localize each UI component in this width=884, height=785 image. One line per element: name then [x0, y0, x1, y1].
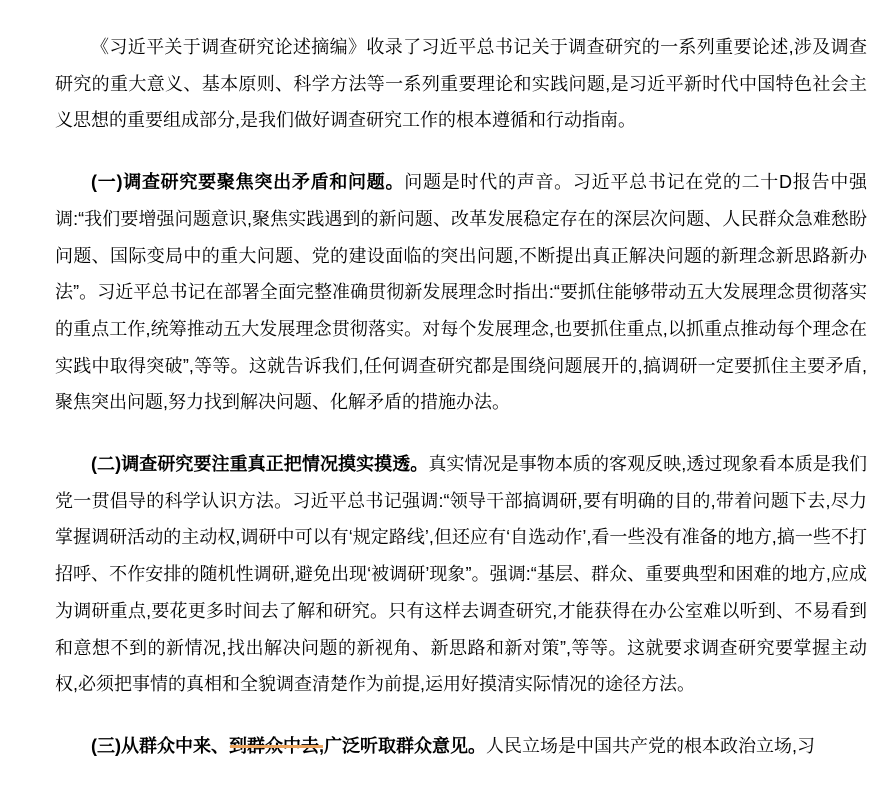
section-3-heading-highlighted: 到群众中去, [229, 736, 324, 756]
section-3-body: 人民立场是中国共产党的根本政治立场,习 [486, 736, 815, 756]
intro-paragraph: 《习近平关于调查研究论述摘编》收录了习近平总书记关于调查研究的一系列重要论述,涉… [55, 29, 867, 139]
intro-text: 《习近平关于调查研究论述摘编》收录了习近平总书记关于调查研究的一系列重要论述,涉… [55, 37, 867, 130]
document-page: 《习近平关于调查研究论述摘编》收录了习近平总书记关于调查研究的一系列重要论述,涉… [0, 0, 884, 785]
section-1-body: 问题是时代的声音。习近平总书记在党的二十D报告中强调:“我们要增强问题意识,聚焦… [55, 172, 867, 412]
section-1-paragraph: (一)调查研究要聚焦突出矛盾和问题。问题是时代的声音。习近平总书记在党的二十D报… [55, 164, 867, 421]
section-3-heading-prefix: (三)从群众中来、 [91, 736, 229, 756]
section-3-heading-suffix: 广泛听取群众意见。 [324, 736, 486, 756]
section-1-heading: (一)调查研究要聚焦突出矛盾和问题。 [91, 172, 404, 192]
section-3-paragraph: (三)从群众中来、到群众中去,广泛听取群众意见。人民立场是中国共产党的根本政治立… [55, 728, 867, 765]
section-2-body: 真实情况是事物本质的客观反映,透过现象看本质是我们党一贯倡导的科学认识方法。习近… [55, 454, 867, 694]
section-2-heading: (二)调查研究要注重真正把情况摸实摸透。 [91, 454, 428, 474]
section-2-paragraph: (二)调查研究要注重真正把情况摸实摸透。真实情况是事物本质的客观反映,透过现象看… [55, 446, 867, 703]
